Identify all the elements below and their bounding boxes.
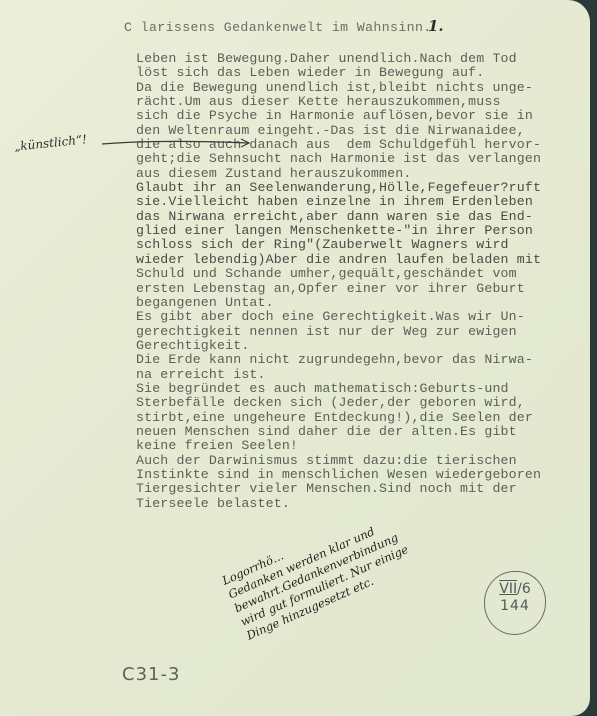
archive-stamp-volume: VII/6 [485,581,545,597]
text-line: begangenen Untat. [136,296,586,310]
text-line: gerechtigkeit nennen ist nur der Weg zur… [136,325,586,339]
text-line: keine freien Seelen! [136,439,586,453]
text-line: Instinkte sind in menschlichen Wesen wie… [136,468,586,482]
text-line: geht;die Sehnsucht nach Harmonie ist das… [136,152,586,166]
text-line: na erreicht ist. [136,368,586,382]
typewritten-body: Leben ist Bewegung.Daher unendlich.Nach … [136,52,586,511]
text-line: Es gibt aber doch eine Gerechtigkeit.Was… [136,310,586,324]
text-line: Tierseele belastet. [136,497,586,511]
archive-stamp-number: 144 [485,597,545,615]
text-line: das Nirwana erreicht,aber dann waren sie… [136,210,586,224]
text-line: sie.Vielleicht haben einzelne in ihrem E… [136,195,586,209]
text-line: Sie begründet es auch mathematisch:Gebur… [136,382,586,396]
document-title: C larissens Gedankenwelt im Wahnsinn. [124,20,432,35]
text-line: aus diesem Zustand herauszukommen. [136,167,586,181]
text-line: Schuld und Schande umher,gequält,geschän… [136,267,586,281]
text-line: neuen Menschen sind daher die der alten.… [136,425,586,439]
text-line: Gerechtigkeit. [136,339,586,353]
text-line: Sterbefälle decken sich (Jeder,der gebor… [136,396,586,410]
archive-stamp-fraction: /6 [517,581,531,597]
text-line: wieder lebendig)Aber die andren laufen b… [136,253,586,267]
text-line: stirbt,eine ungeheure Entdeckung!),die S… [136,411,586,425]
text-line: Auch der Darwinismus stimmt dazu:die tie… [136,454,586,468]
text-line: Da die Bewegung unendlich ist,bleibt nic… [136,81,586,95]
text-line: Glaubt ihr an Seelenwanderung,Hölle,Fege… [136,181,586,195]
handwritten-page-number: 1. [428,17,444,35]
text-line: sich die Psyche in Harmonie auflösen,bev… [136,109,586,123]
archive-stamp-roman: VII [499,581,517,597]
text-line: schloss sich der Ring"(Zauberwelt Wagner… [136,238,586,252]
text-line: rächt.Um aus dieser Kette herauszukommen… [136,95,586,109]
margin-annotation: „künstlich“! [13,132,87,154]
text-line: ersten Lebenstag an,Opfer einer vor ihre… [136,282,586,296]
document-page: C larissens Gedankenwelt im Wahnsinn. 1.… [0,0,590,716]
text-line: löst sich das Leben wieder in Bewegung a… [136,66,586,80]
text-line: Tiergesichter vieler Menschen.Sind noch … [136,482,586,496]
text-line: Die Erde kann nicht zugrundegehn,bevor d… [136,353,586,367]
arrow-icon [100,134,252,154]
archive-stamp: VII/6 144 [484,571,546,635]
shelf-mark: C31-3 [122,664,180,685]
text-line: glied einer langen Menschenkette-"in ihr… [136,224,586,238]
text-line: Leben ist Bewegung.Daher unendlich.Nach … [136,52,586,66]
